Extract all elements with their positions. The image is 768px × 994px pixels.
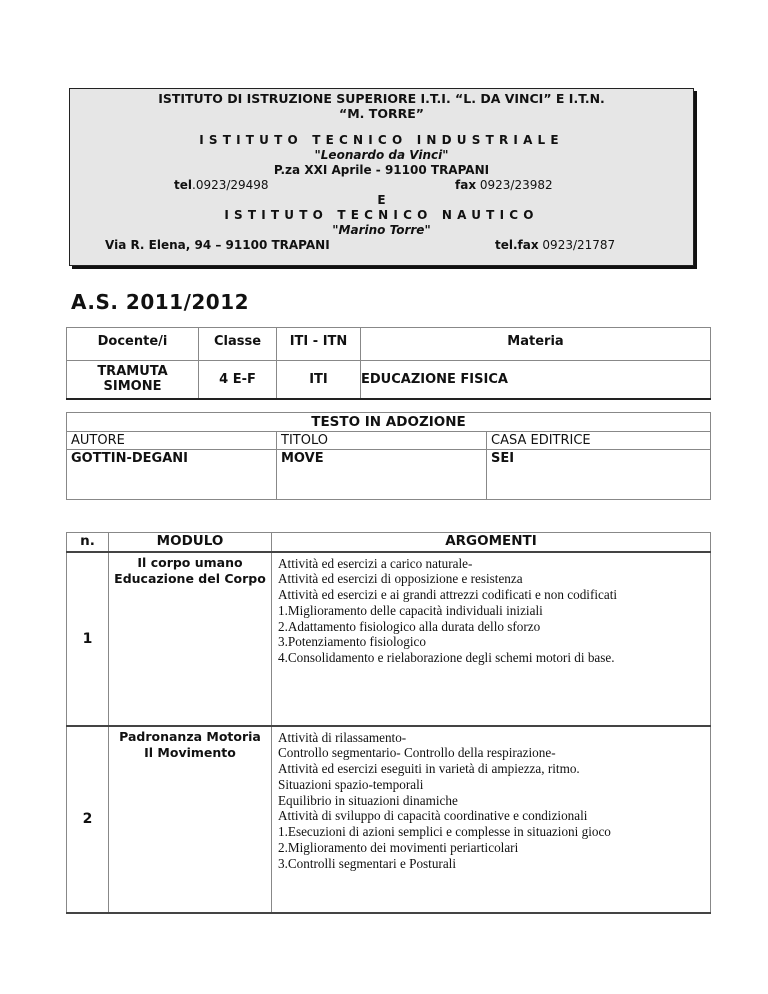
textbook-table: TESTO IN ADOZIONE AUTORE TITOLO CASA EDI… — [66, 412, 711, 500]
topic-item: Controllo segmentario- Controllo della r… — [278, 745, 706, 761]
topic-item: 2.Adattamento fisiologico alla durata de… — [278, 619, 706, 635]
module-topics: Attività ed esercizi a carico naturale-A… — [272, 552, 711, 726]
header-classe: Classe — [199, 328, 277, 361]
value-titolo: MOVE — [277, 450, 487, 500]
school-title: ISTITUTO DI ISTRUZIONE SUPERIORE I.T.I. … — [70, 91, 693, 121]
iti-tel: tel.0923/29498 — [174, 178, 269, 193]
module-title: Il corpo umanoEducazione del Corpo — [109, 552, 272, 726]
header-materia: Materia — [361, 328, 711, 361]
module-row: 1 Il corpo umanoEducazione del Corpo Att… — [67, 552, 711, 726]
itn-contacts: Via R. Elena, 94 – 91100 TRAPANI tel.fax… — [70, 238, 693, 253]
module-row: 2 Padronanza MotoriaIl Movimento Attivit… — [67, 726, 711, 913]
iti-fax: fax 0923/23982 — [455, 178, 553, 193]
itn-name: "Marino Torre" — [70, 223, 693, 238]
value-casa-editrice: SEI — [487, 450, 711, 500]
textbook-title: TESTO IN ADOZIONE — [67, 413, 711, 432]
school-year-title: A.S. 2011/2012 — [71, 290, 249, 314]
cell-classe: 4 E-F — [199, 361, 277, 399]
topic-item: Situazioni spazio-temporali — [278, 777, 706, 793]
cell-docente: TRAMUTASIMONE — [67, 361, 199, 399]
module-topics: Attività di rilassamento-Controllo segme… — [272, 726, 711, 913]
school-title-line2: “M. TORRE” — [70, 106, 693, 121]
header-argomenti: ARGOMENTI — [272, 533, 711, 552]
cell-istituto: ITI — [277, 361, 361, 399]
topic-item: Attività ed esercizi a carico naturale- — [278, 556, 706, 572]
label-casa-editrice: CASA EDITRICE — [487, 432, 711, 450]
header-n: n. — [67, 533, 109, 552]
itn-telfax: tel.fax 0923/21787 — [495, 238, 615, 253]
topic-item: 3.Controlli segmentari e Posturali — [278, 856, 706, 872]
label-autore: AUTORE — [67, 432, 277, 450]
module-number: 1 — [67, 552, 109, 726]
header-modulo: MODULO — [109, 533, 272, 552]
iti-label: ISTITUTO TECNICO INDUSTRIALE — [70, 133, 693, 148]
topic-item: Equilibrio in situazioni dinamiche — [278, 793, 706, 809]
topic-item: Attività di sviluppo di capacità coordin… — [278, 808, 706, 824]
modules-table: n. MODULO ARGOMENTI 1 Il corpo umanoEduc… — [66, 532, 711, 914]
topic-item: 2.Miglioramento dei movimenti periartico… — [278, 840, 706, 856]
module-number: 2 — [67, 726, 109, 913]
iti-name: "Leonardo da Vinci" — [70, 148, 693, 163]
conjunction: E — [70, 193, 693, 208]
topic-item: Attività ed esercizi e ai grandi attrezz… — [278, 587, 706, 603]
iti-address: P.za XXI Aprile - 91100 TRAPANI — [70, 163, 693, 178]
header-docente: Docente/i — [67, 328, 199, 361]
label-titolo: TITOLO — [277, 432, 487, 450]
itn-address: Via R. Elena, 94 – 91100 TRAPANI — [105, 238, 330, 253]
topic-item: 3.Potenziamento fisiologico — [278, 634, 706, 650]
module-title: Padronanza MotoriaIl Movimento — [109, 726, 272, 913]
course-table: Docente/i Classe ITI - ITN Materia TRAMU… — [66, 327, 711, 400]
school-title-line1: ISTITUTO DI ISTRUZIONE SUPERIORE I.T.I. … — [70, 91, 693, 106]
header-istituto: ITI - ITN — [277, 328, 361, 361]
topic-item: 4.Consolidamento e rielaborazione degli … — [278, 650, 706, 666]
value-autore: GOTTIN-DEGANI — [67, 450, 277, 500]
iti-contacts: tel.0923/29498 fax 0923/23982 — [70, 178, 693, 193]
topic-item: Attività ed esercizi di opposizione e re… — [278, 571, 706, 587]
itn-label: ISTITUTO TECNICO NAUTICO — [70, 208, 693, 223]
topic-item: Attività di rilassamento- — [278, 730, 706, 746]
topic-item: 1.Esecuzioni di azioni semplici e comple… — [278, 824, 706, 840]
topic-item: Attività ed esercizi eseguiti in varietà… — [278, 761, 706, 777]
school-header-box: ISTITUTO DI ISTRUZIONE SUPERIORE I.T.I. … — [69, 88, 694, 266]
topic-item: 1.Miglioramento delle capacità individua… — [278, 603, 706, 619]
cell-materia: EDUCAZIONE FISICA — [361, 361, 711, 399]
